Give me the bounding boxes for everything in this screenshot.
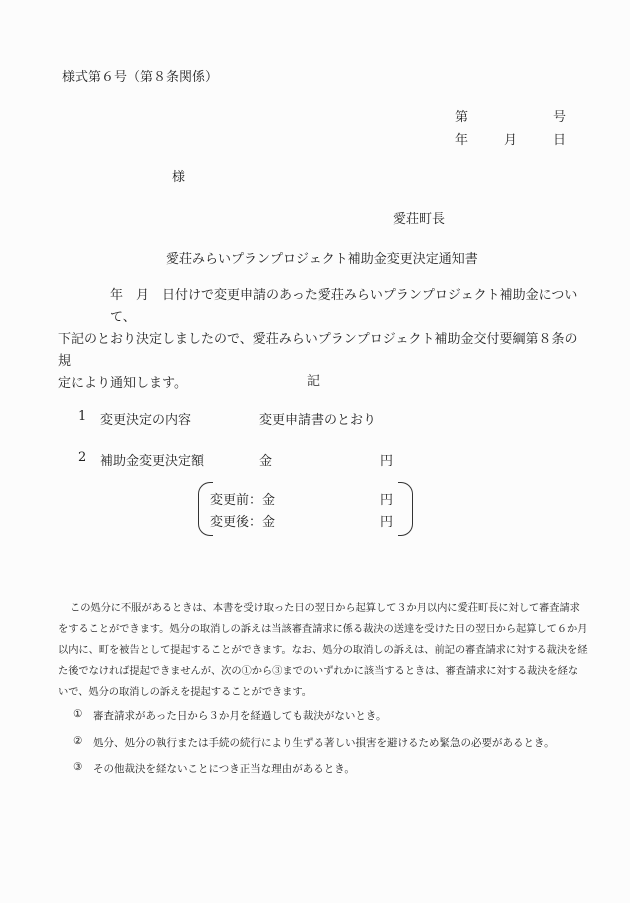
issuer: 愛荘町長 bbox=[393, 208, 445, 227]
body-line-1: 年 月 日付けで変更申請のあった愛荘みらいプランプロジェクト補助金について、 bbox=[58, 285, 578, 329]
condition-2-text: 処分、処分の執行または手続の続行により生ずる著しい損害を避けるため緊急の必要があ… bbox=[93, 735, 555, 750]
form-id: 様式第６号（第８条関係） bbox=[62, 66, 218, 85]
date-day: 日 bbox=[553, 129, 566, 148]
right-bracket bbox=[398, 482, 413, 536]
item-1-label: 変更決定の内容 bbox=[100, 409, 191, 428]
condition-2-mark: ② bbox=[73, 735, 82, 747]
body-line-2: 下記のとおり決定しましたので、愛荘みらいプランプロジェクト補助金交付要綱第８条の… bbox=[58, 329, 578, 373]
after-change-label: 変更後：金 bbox=[210, 511, 275, 530]
item-2-number: 2 bbox=[78, 450, 86, 465]
number-prefix: 第 bbox=[455, 106, 468, 125]
before-change-unit: 円 bbox=[380, 489, 393, 508]
after-change-unit: 円 bbox=[380, 511, 393, 530]
ki-heading: 記 bbox=[307, 370, 320, 389]
condition-3-mark: ③ bbox=[73, 761, 82, 773]
item-2-unit: 円 bbox=[380, 450, 393, 469]
item-2-label: 補助金変更決定額 bbox=[100, 450, 204, 469]
number-suffix: 号 bbox=[553, 106, 566, 125]
condition-3-text: その他裁決を経ないことにつき正当な理由があるとき。 bbox=[93, 761, 355, 776]
condition-1-mark: ① bbox=[73, 708, 82, 720]
addressee-suffix: 様 bbox=[172, 166, 185, 185]
appeal-notice: この処分に不服があるときは、本書を受け取った日の翌日から起算して３か月以内に愛荘… bbox=[58, 598, 588, 703]
date-year: 年 bbox=[455, 129, 468, 148]
item-1-number: 1 bbox=[78, 409, 86, 424]
document-title: 愛荘みらいプランプロジェクト補助金変更決定通知書 bbox=[166, 248, 478, 267]
condition-1-text: 審査請求があった日から３か月を経過しても裁決がないとき。 bbox=[93, 708, 386, 723]
date-month: 月 bbox=[504, 129, 517, 148]
item-2-prefix: 金 bbox=[259, 450, 272, 469]
item-1-value: 変更申請書のとおり bbox=[259, 409, 376, 428]
before-change-label: 変更前：金 bbox=[210, 489, 275, 508]
